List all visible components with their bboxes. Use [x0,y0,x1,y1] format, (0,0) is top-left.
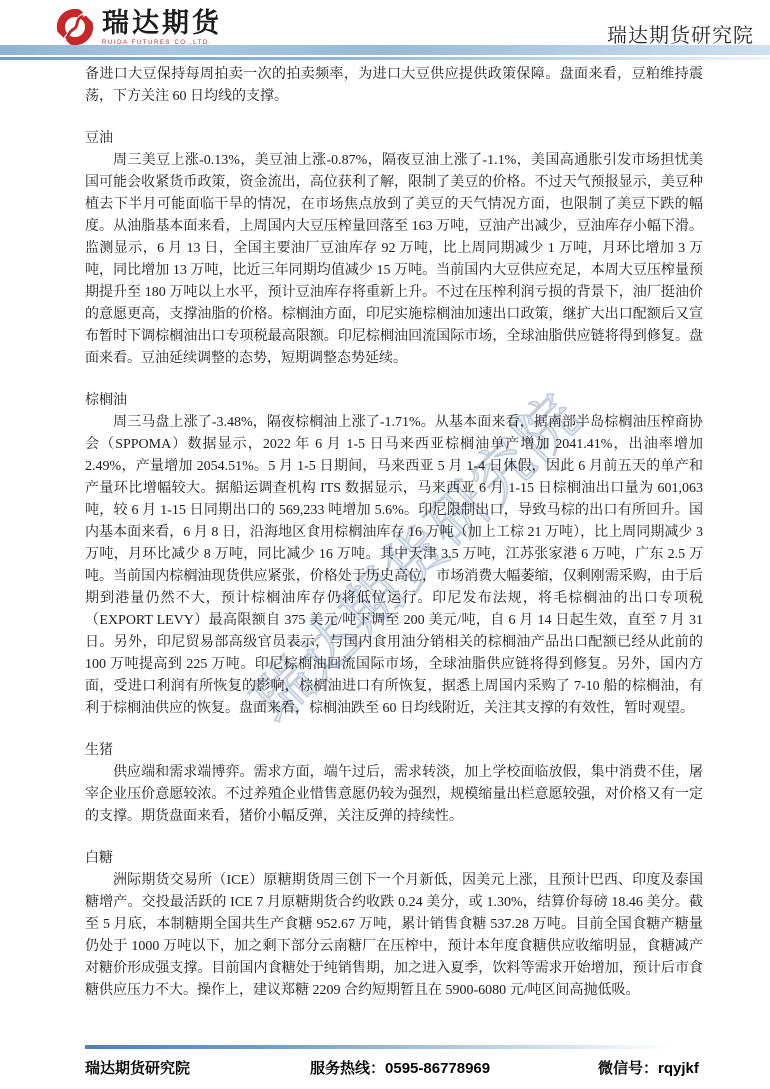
section-body-white-sugar: 洲际期货交易所（ICE）原糖期货周三创下一个月新低，因美元上涨，且预计巴西、印度… [85,870,703,1002]
section-body-live-hogs: 供应端和需求端博弈。需求方面，端午过后，需求转淡，加上学校面临放假，集中消费不佳… [85,762,703,828]
footer-hotline: 服务热线：0595-86778969 [310,1057,490,1078]
logo-text-block: 瑞达期货 RUIDA FUTURES CO.,LTD. [102,9,222,46]
footer-wechat: 微信号：rqyjkf [598,1057,699,1078]
section-title-white-sugar: 白糖 [85,848,703,870]
section-live-hogs: 生猪 供应端和需求端博弈。需求方面，端午过后，需求转淡，加上学校面临放假，集中消… [85,740,703,828]
logo-company-name: 瑞达期货 [102,9,222,38]
footer-hotline-label: 服务热线： [310,1060,385,1077]
report-page: 瑞达期货 RUIDA FUTURES CO.,LTD. 瑞达期货研究院 瑞达期货… [0,0,770,1089]
section-title-live-hogs: 生猪 [85,740,703,762]
footer-wechat-value: rqyjkf [658,1060,699,1077]
header-divider-band-main [0,45,770,55]
header-institute-title: 瑞达期货研究院 [607,19,754,48]
footer-row: 瑞达期货研究院 服务热线：0595-86778969 微信号：rqyjkf [0,1057,770,1079]
header-divider-bar [0,45,770,60]
ruida-logo-icon [55,7,95,47]
page-header: 瑞达期货 RUIDA FUTURES CO.,LTD. 瑞达期货研究院 [0,0,770,60]
footer-wechat-label: 微信号： [598,1060,658,1077]
section-title-soybean-oil: 豆油 [85,128,703,150]
section-body-soybean-oil: 周三美豆上涨-0.13%，美豆油上涨-0.87%，隔夜豆油上涨了-1.1%，美国… [85,150,703,370]
intro-paragraph: 备进口大豆保持每周拍卖一次的拍卖频率，为进口大豆供应提供政策保障。盘面来看，豆粕… [85,64,703,108]
report-content: 备进口大豆保持每周拍卖一次的拍卖频率，为进口大豆供应提供政策保障。盘面来看，豆粕… [85,64,703,1002]
footer-hotline-value: 0595-86778969 [385,1060,490,1077]
section-palm-oil: 棕榈油 周三马盘上涨了-3.48%，隔夜棕榈油上涨了-1.71%。从基本面来看，… [85,390,703,720]
section-body-palm-oil: 周三马盘上涨了-3.48%，隔夜棕榈油上涨了-1.71%。从基本面来看，据南部半… [85,412,703,720]
footer-institute: 瑞达期货研究院 [85,1057,190,1078]
header-divider-band-sub [0,57,770,60]
footer-divider-line [85,1045,685,1049]
section-title-palm-oil: 棕榈油 [85,390,703,412]
section-soybean-oil: 豆油 周三美豆上涨-0.13%，美豆油上涨-0.87%，隔夜豆油上涨了-1.1%… [85,128,703,370]
section-white-sugar: 白糖 洲际期货交易所（ICE）原糖期货周三创下一个月新低，因美元上涨，且预计巴西… [85,848,703,1002]
